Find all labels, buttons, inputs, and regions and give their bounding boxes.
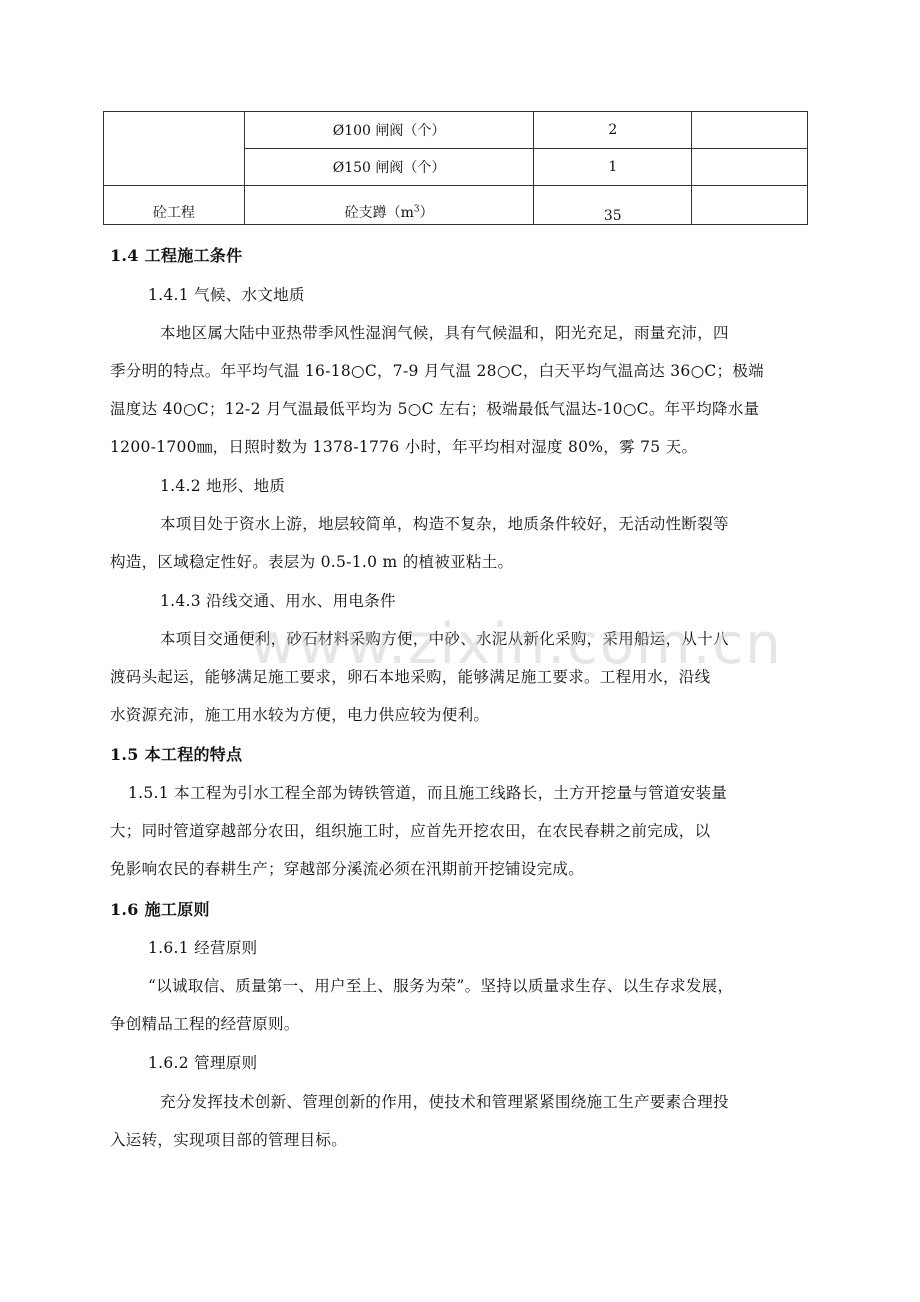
table-cell-category: 砼工程 — [104, 186, 245, 225]
paragraph-line: 本地区属大陆中亚热带季风性湿润气候，具有气候温和，阳光充足，雨量充沛，四 — [160, 321, 729, 343]
document-page: Ø100 闸阀（个） 2 Ø150 闸阀（个） 1 砼工程 砼支蹲（m3） 35… — [0, 0, 920, 1302]
table-row: Ø100 闸阀（个） 2 — [104, 112, 808, 149]
paragraph-line: 免影响农民的春耕生产；穿越部分溪流必须在汛期前开挖铺设完成。 — [110, 857, 584, 879]
paragraph-line: 构造，区域稳定性好。表层为 0.5-1.0 m 的植被亚粘土。 — [110, 550, 513, 572]
table-cell-note — [692, 186, 808, 225]
paragraph-line: 1.5.1 本工程为引水工程全部为铸铁管道，而且施工线路长，土方开挖量与管道安装… — [128, 781, 727, 803]
table-cell-item: Ø100 闸阀（个） — [244, 112, 534, 149]
table-cell-quantity: 2 — [534, 112, 692, 149]
paragraph-line: 1200-1700㎜，日照时数为 1378-1776 小时，年平均相对湿度 80… — [110, 435, 697, 457]
subsection-heading-1-6-2: 1.6.2 管理原则 — [148, 1051, 257, 1073]
paragraph-line: 充分发挥技术创新、管理创新的作用，使技术和管理紧紧围绕施工生产要素合理投 — [160, 1090, 729, 1112]
subsection-heading-1-6-1: 1.6.1 经营原则 — [148, 936, 257, 958]
table-cell-note — [692, 149, 808, 186]
table-row: 砼工程 砼支蹲（m3） 35 — [104, 186, 808, 225]
table-cell-category — [104, 112, 245, 186]
subsection-heading-1-4-1: 1.4.1 气候、水文地质 — [148, 283, 305, 305]
item-text: 砼支蹲（m — [345, 205, 414, 221]
paragraph-line: 渡码头起运，能够满足施工要求，卵石本地采购，能够满足施工要求。工程用水，沿线 — [110, 665, 710, 687]
table-cell-quantity: 35 — [534, 186, 692, 225]
paragraph-line: 本项目交通便利，砂石材料采购方便，中砂、水泥从新化采购，采用船运，从十八 — [160, 627, 729, 649]
paragraph-line: 争创精品工程的经营原则。 — [110, 1012, 300, 1034]
paragraph-line: 入运转，实现项目部的管理目标。 — [110, 1128, 347, 1150]
paragraph-line: 季分明的特点。年平均气温 16-18○C，7-9 月气温 28○C，白天平均气温… — [110, 359, 764, 381]
section-heading-1-5: 1.5 本工程的特点 — [110, 742, 242, 765]
table-cell-quantity: 1 — [534, 149, 692, 186]
section-heading-1-4: 1.4 工程施工条件 — [110, 243, 242, 266]
materials-table: Ø100 闸阀（个） 2 Ø150 闸阀（个） 1 砼工程 砼支蹲（m3） 35 — [103, 111, 808, 225]
paragraph-line: 温度达 40○C；12-2 月气温最低平均为 5○C 左右；极端最低气温达-10… — [110, 397, 759, 419]
subsection-heading-1-4-3: 1.4.3 沿线交通、用水、用电条件 — [160, 589, 396, 611]
table-cell-item: 砼支蹲（m3） — [244, 186, 534, 225]
section-heading-1-6: 1.6 施工原则 — [110, 897, 210, 920]
subsection-heading-1-4-2: 1.4.2 地形、地质 — [160, 474, 285, 496]
item-suffix: ） — [420, 205, 434, 221]
paragraph-line: 大；同时管道穿越部分农田，组织施工时，应首先开挖农田，在农民春耕之前完成，以 — [110, 819, 710, 841]
paragraph-line: 水资源充沛，施工用水较为方便，电力供应较为便利。 — [110, 703, 489, 725]
table-cell-item: Ø150 闸阀（个） — [244, 149, 534, 186]
paragraph-line: “以诚取信、质量第一、用户至上、服务为荣”。坚持以质量求生存、以生存求发展， — [148, 974, 733, 996]
table-cell-note — [692, 112, 808, 149]
paragraph-line: 本项目处于资水上游，地层较简单，构造不复杂，地质条件较好，无活动性断裂等 — [160, 512, 729, 534]
